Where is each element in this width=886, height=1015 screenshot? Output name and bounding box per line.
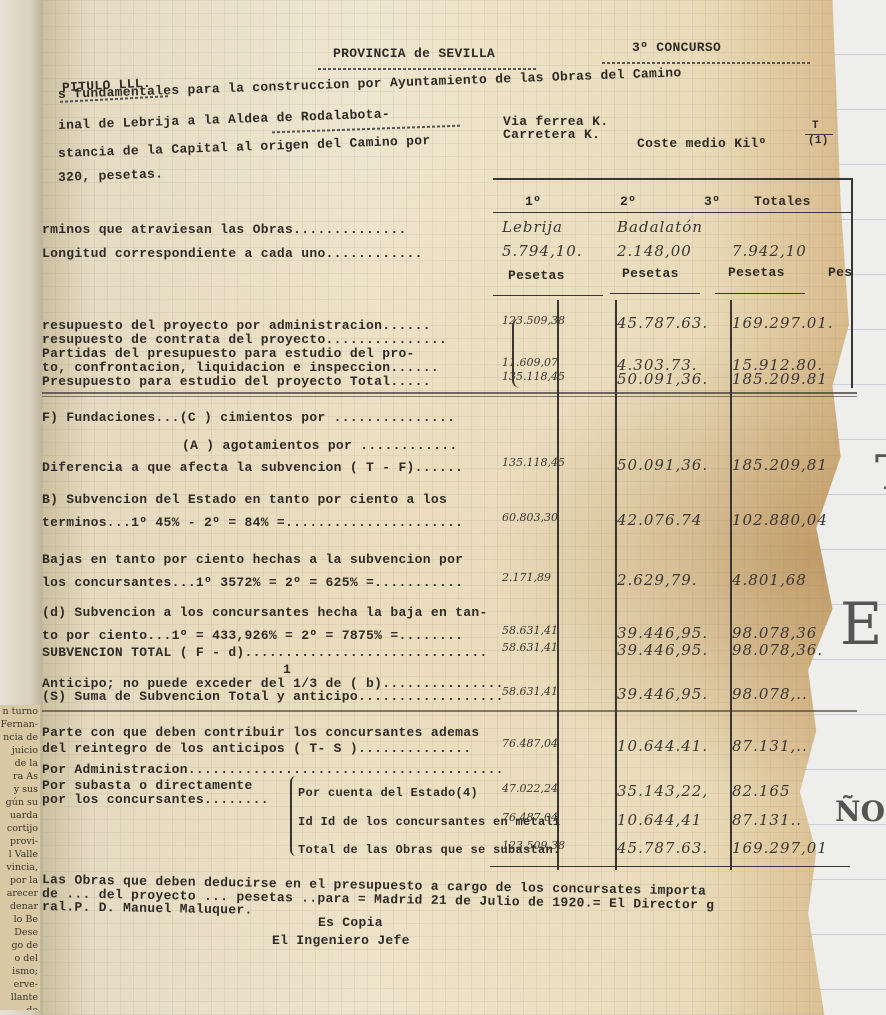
table-row-label: to por ciento...1º = 433,926% = 2º = 787… xyxy=(42,628,463,643)
table-row-label: rminos que atraviesan las Obras.........… xyxy=(42,222,407,237)
coste-fraction-numerator: T xyxy=(812,120,819,132)
table-row-label: F) Fundaciones...(C ) cimientos por ....… xyxy=(42,410,455,425)
newspaper-clipping: n turnoFernan-ncia dejuiciode lara Asy s… xyxy=(0,705,40,1010)
newsprint-line: gún su xyxy=(0,796,38,809)
table-cell-col-4: 169.297.01. xyxy=(732,314,834,332)
newsprint-line: de xyxy=(0,1004,38,1010)
currency-underline-2 xyxy=(610,293,700,294)
table-row-label: B) Subvencion del Estado en tanto por ci… xyxy=(42,492,447,507)
table-row-label: los concursantes...1º 3572% = 2º = 625% … xyxy=(42,575,463,590)
table-row-label: Bajas en tanto por ciento hechas a la su… xyxy=(42,552,463,567)
table-cell-col-1: 123.509,38 xyxy=(502,839,565,852)
currency-underline-3 xyxy=(715,293,805,294)
column-header-3: 3º xyxy=(704,194,720,209)
table-cell-col-1: 58.631,41 xyxy=(502,685,558,698)
table-row-label: Por Administracion......................… xyxy=(42,762,504,777)
table-row-label: Partidas del presupuesto para estudio de… xyxy=(42,346,415,361)
newsprint-line: uarda xyxy=(0,809,38,822)
currency-label-3: Pesetas xyxy=(728,265,785,280)
newsprint-line: erve- xyxy=(0,978,38,991)
table-row-label: terminos...1º 45% - 2º = 84% =..........… xyxy=(42,515,463,530)
table-cell-col-4: 87.131,.. xyxy=(732,737,808,755)
table-cell-col-1: 60.803,30 xyxy=(502,511,558,524)
newsprint-line: provi- xyxy=(0,835,38,848)
newsprint-line: llante xyxy=(0,991,38,1004)
province-underline xyxy=(318,68,538,70)
table-cell-col-4: 87.131.. xyxy=(732,811,802,829)
table-cell-col-4: 98.078,.. xyxy=(732,685,808,703)
contest-underline xyxy=(602,62,812,64)
newsprint-line: y sus xyxy=(0,783,38,796)
table-cell-col-4: 169.297,01 xyxy=(732,839,828,857)
table-cell-col-1: Lebrija xyxy=(502,218,563,236)
column-header-2: 2º xyxy=(620,194,636,209)
table-row-label: (S) Suma de Subvencion Total y anticipo.… xyxy=(42,689,504,704)
table-cell-col-1: 76.487,04 xyxy=(502,737,558,750)
table-row-label: Longitud correspondiente a cada uno.....… xyxy=(42,246,423,261)
table-cell-col-2: 45.787.63. xyxy=(617,839,708,857)
coste-fraction-denominator: (1) xyxy=(808,135,829,147)
table-row-label: resupuesto del proyecto por administraci… xyxy=(42,318,431,333)
table-cell-col-1: 58.631,41 xyxy=(502,641,558,654)
table-cell-col-4: 98.078,36 xyxy=(732,624,817,642)
table-cell-col-2: Badalatón xyxy=(617,218,703,236)
table-cell-col-2: 39.446,95. xyxy=(617,685,708,703)
background-glyph-no: ÑO xyxy=(835,795,885,828)
table-cell-col-2: 39.446,95. xyxy=(617,641,708,659)
column-header-divider xyxy=(493,212,853,213)
presupuesto-brace xyxy=(512,318,520,388)
table-cell-col-2: 50.091,36. xyxy=(617,370,708,388)
table-cell-col-2: 10.644,41 xyxy=(617,811,702,829)
superscript-one: 1 xyxy=(283,662,291,677)
table-top-border xyxy=(493,178,853,180)
newsprint-line: de la xyxy=(0,757,38,770)
newsprint-line: denar xyxy=(0,900,38,913)
table-cell-col-2: 39.446,95. xyxy=(617,624,708,642)
table-cell-col-4: 7.942,10 xyxy=(732,242,807,260)
table-row-label: (A ) agotamientos por ............ xyxy=(182,438,457,453)
table-cell-col-4: 4.801,68 xyxy=(732,571,807,589)
newsprint-line: go de xyxy=(0,939,38,952)
signature-engineer: El Ingeniero Jefe xyxy=(272,933,410,948)
table-cell-col-2: 50.091,36. xyxy=(617,456,708,474)
section-separator-2 xyxy=(42,710,857,712)
coste-medio-label: Coste medio Kilº xyxy=(637,136,767,151)
section-separator-1b xyxy=(42,396,857,397)
newsprint-line: por la xyxy=(0,874,38,887)
table-cell-col-2: 35.143,22, xyxy=(617,782,708,800)
table-cell-col-4: 98.078,36. xyxy=(732,641,823,659)
column-header-totales: Totales xyxy=(754,194,811,209)
column-header-1: 1º xyxy=(525,194,541,209)
table-row-label: (d) Subvencion a los concursantes hecha … xyxy=(42,605,488,620)
table-cell-col-1: 47.022,24 xyxy=(502,782,558,795)
newsprint-line: arecer xyxy=(0,887,38,900)
table-row-label: Por cuenta del Estado(4) xyxy=(298,786,478,800)
table-right-border xyxy=(851,178,853,388)
newsprint-line: n turno xyxy=(0,705,38,718)
table-row-label: resupuesto de contrata del proyecto.....… xyxy=(42,332,447,347)
table-cell-col-4: 102.880,04 xyxy=(732,511,828,529)
table-row-label: SUBVENCION TOTAL ( F - d)...............… xyxy=(42,645,488,660)
table-row-label: to, confrontacion, liquidacion e inspecc… xyxy=(42,360,439,375)
newsprint-line: ncia de xyxy=(0,731,38,744)
table-cell-col-1: 2.171,89 xyxy=(502,571,551,584)
table-row-label: Diferencia a que afecta la subvencion ( … xyxy=(42,460,463,475)
currency-label-4: Pes xyxy=(828,265,852,280)
carretera-label: Carretera K. xyxy=(503,127,600,142)
table-row-label: Presupuesto para estudio del proyecto To… xyxy=(42,374,431,389)
newsprint-line: juicio xyxy=(0,744,38,757)
newsprint-line: vincia, xyxy=(0,861,38,874)
table-cell-col-4: 82.165 xyxy=(732,782,791,800)
table-cell-col-2: 2.148,00 xyxy=(617,242,692,260)
newsprint-line: Dese xyxy=(0,926,38,939)
table-cell-col-1: 58.631,41 xyxy=(502,624,558,637)
section-separator-1 xyxy=(42,392,857,394)
newsprint-line: lo Be xyxy=(0,913,38,926)
table-cell-col-1: 76.487,04 xyxy=(502,811,558,824)
newsprint-line: ra As xyxy=(0,770,38,783)
subasta-brace xyxy=(290,776,298,856)
newsprint-line: Fernan- xyxy=(0,718,38,731)
table-cell-col-2: 42.076.74 xyxy=(617,511,702,529)
newsprint-line: cortijo xyxy=(0,822,38,835)
province-title: PROVINCIA de SEVILLA xyxy=(333,46,495,61)
newsprint-line: ismo; xyxy=(0,965,38,978)
table-row-label: del reintegro de los anticipos ( T- S ).… xyxy=(42,741,471,756)
table-cell-col-1: 135.118,45 xyxy=(502,456,565,469)
table-cell-col-2: 2.629,79. xyxy=(617,571,698,589)
contest-title: 3º CONCURSO xyxy=(632,40,721,55)
table-cell-col-4: 185.209,81 xyxy=(732,456,828,474)
newsprint-line: o del xyxy=(0,952,38,965)
table-cell-col-2: 45.787.63. xyxy=(617,314,708,332)
background-glyph-e: E xyxy=(840,590,882,658)
table-bottom-border xyxy=(490,866,850,867)
table-cell-col-1: 11.609,07 xyxy=(502,356,558,369)
table-cell-col-4: 185.209.81 xyxy=(732,370,828,388)
table-row-label: Parte con que deben contribuir los concu… xyxy=(42,725,479,740)
subasta-label-1: Por subasta o directamente xyxy=(42,778,253,793)
table-cell-col-1: 5.794,10. xyxy=(502,242,583,260)
currency-underline-1 xyxy=(493,295,603,296)
currency-label-2: Pesetas xyxy=(622,266,679,281)
currency-label-1: Pesetas xyxy=(508,268,565,283)
subasta-label-2: por los concursantes........ xyxy=(42,792,269,807)
table-cell-col-2: 10.644.41. xyxy=(617,737,708,755)
newsprint-line: l Valle xyxy=(0,848,38,861)
copy-notice: Es Copia xyxy=(318,915,383,930)
background-glyph-t: T xyxy=(875,445,886,501)
